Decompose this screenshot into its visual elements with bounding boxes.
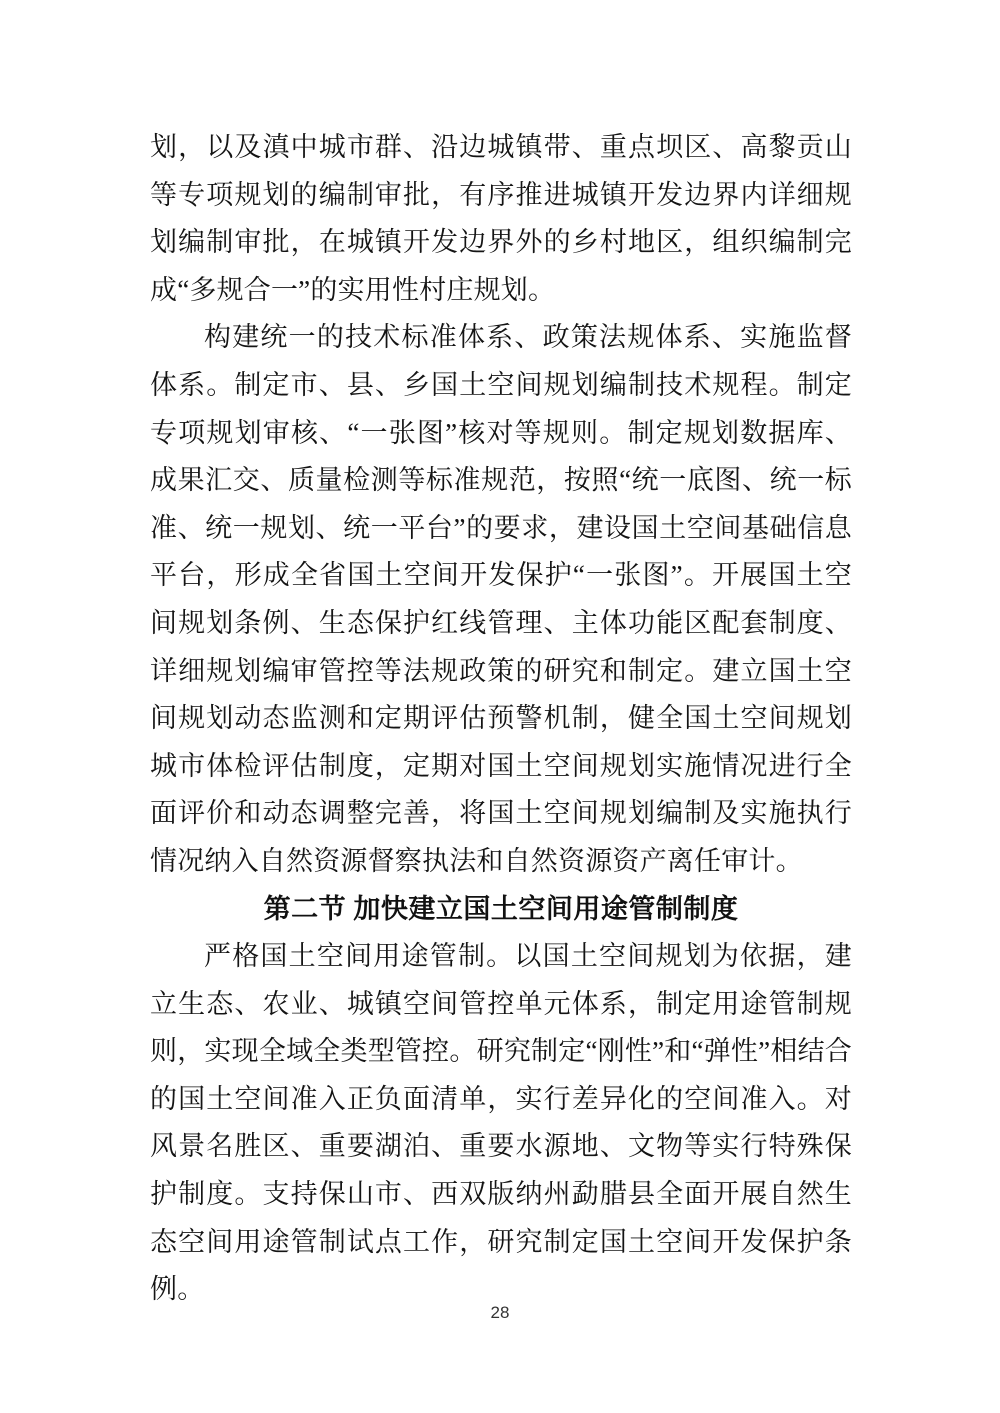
paragraph-technical-standards: 构建统一的技术标准体系、政策法规体系、实施监督体系。制定市、县、乡国土空间规划编… [150, 314, 852, 885]
page-number: 28 [491, 1303, 510, 1322]
document-page: 划，以及滇中城市群、沿边城镇带、重点坝区、高黎贡山等专项规划的编制审批，有序推进… [0, 0, 1000, 1413]
page-footer: 28 [0, 1303, 1000, 1323]
section-heading: 第二节 加快建立国土空间用途管制制度 [150, 886, 852, 934]
paragraph-continuation: 划，以及滇中城市群、沿边城镇带、重点坝区、高黎贡山等专项规划的编制审批，有序推进… [150, 124, 852, 314]
paragraph-use-control: 严格国土空间用途管制。以国土空间规划为依据，建立生态、农业、城镇空间管控单元体系… [150, 933, 852, 1314]
page-content: 划，以及滇中城市群、沿边城镇带、重点坝区、高黎贡山等专项规划的编制审批，有序推进… [150, 124, 852, 1314]
